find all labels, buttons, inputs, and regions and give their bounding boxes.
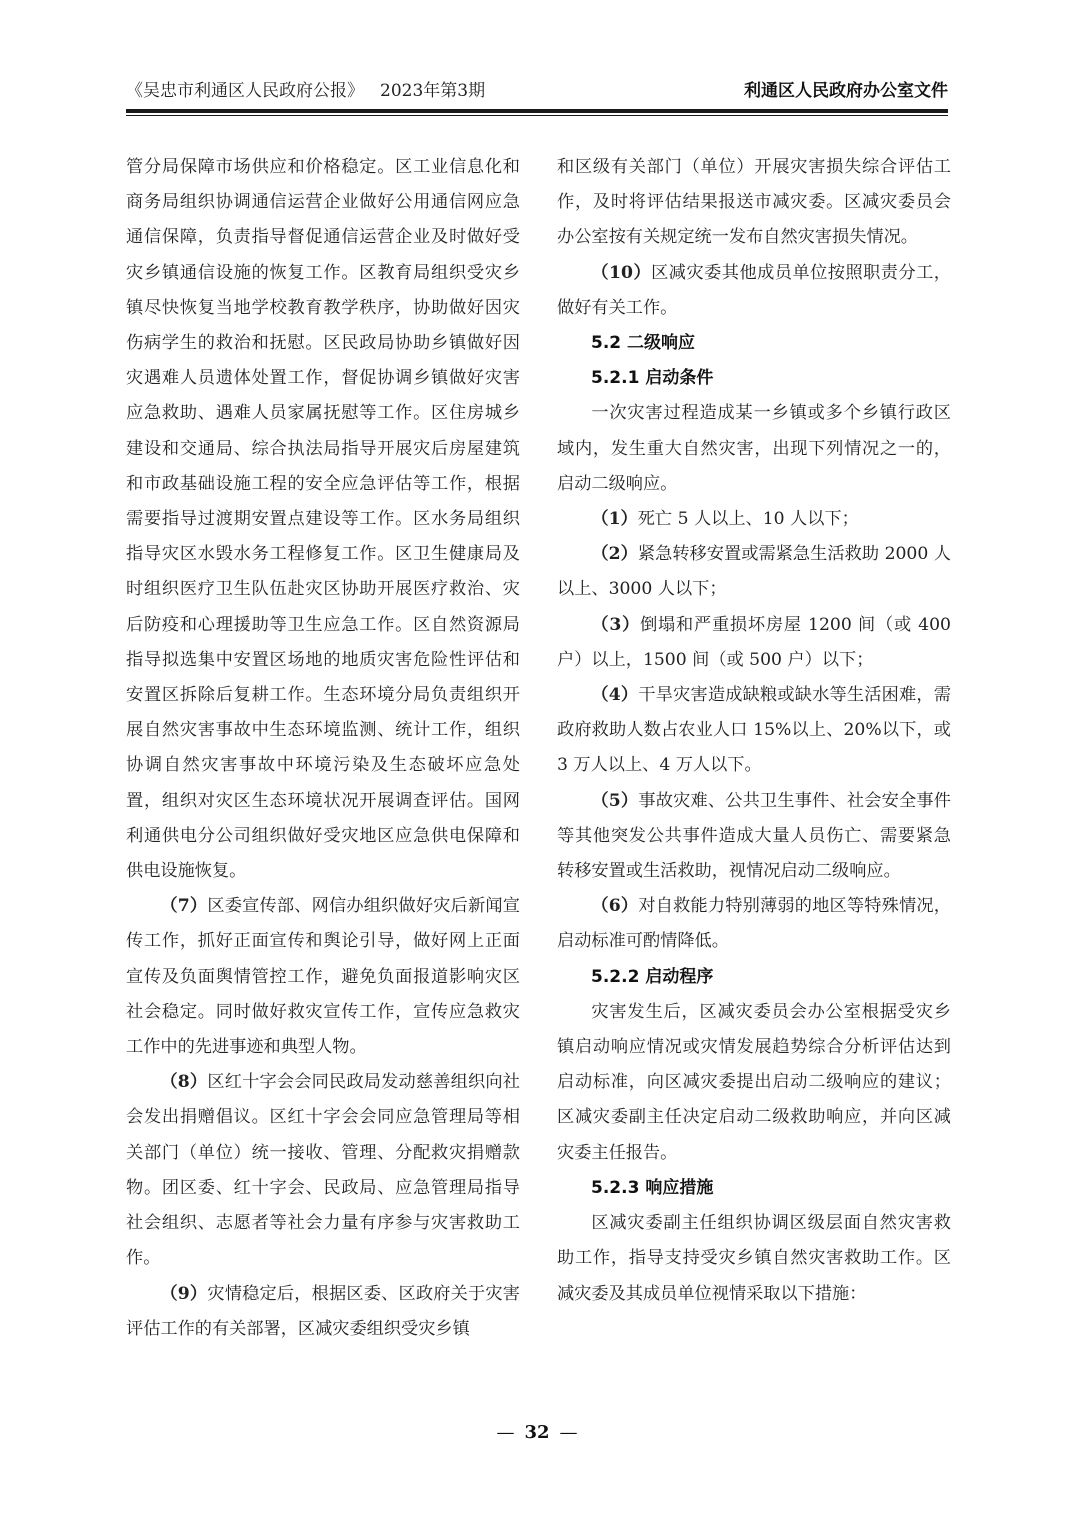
- footer-dash-right: —: [560, 1422, 578, 1443]
- item-number: （10）: [591, 263, 651, 283]
- item-text: 死亡 5 人以上、10 人以下；: [638, 509, 859, 529]
- item-number: （4）: [591, 685, 638, 705]
- item-number: （5）: [591, 791, 638, 811]
- heading-5-2-3: 5.2.3 响应措施: [557, 1171, 951, 1206]
- page-footer: —32—: [0, 1422, 1074, 1443]
- condition-3: （3）倒塌和严重损坏房屋 1200 间（或 400 户）以上，1500 间（或 …: [557, 608, 951, 678]
- left-column: 管分局保障市场供应和价格稳定。区工业信息化和商务局组织协调通信运营企业做好公用通…: [126, 150, 520, 1347]
- page-header: 《吴忠市利通区人民政府公报》2023年第3期 利通区人民政府办公室文件: [126, 76, 948, 100]
- item-text: 区红十字会会同民政局发动慈善组织向社会发出捐赠倡议。区红十字会会同应急管理局等相…: [126, 1072, 520, 1268]
- item-number: （3）: [591, 615, 640, 635]
- header-rule-thin: [126, 115, 948, 116]
- paragraph-continued: 管分局保障市场供应和价格稳定。区工业信息化和商务局组织协调通信运营企业做好公用通…: [126, 150, 520, 889]
- paragraph-continued: 和区级有关部门（单位）开展灾害损失综合评估工作，及时将评估结果报送市减灾委。区减…: [557, 150, 951, 256]
- heading-5-2-1: 5.2.1 启动条件: [557, 361, 951, 396]
- condition-2: （2）紧急转移安置或需紧急生活救助 2000 人以上、3000 人以下；: [557, 537, 951, 607]
- item-number: （9）: [160, 1284, 207, 1304]
- item-text: 区委宣传部、网信办组织做好灾后新闻宣传工作，抓好正面宣传和舆论引导，做好网上正面…: [126, 896, 520, 1057]
- paragraph-item-7: （7）区委宣传部、网信办组织做好灾后新闻宣传工作，抓好正面宣传和舆论引导，做好网…: [126, 889, 520, 1065]
- heading-5-2-2: 5.2.2 启动程序: [557, 960, 951, 995]
- paragraph-item-9: （9）灾情稳定后，根据区委、区政府关于灾害评估工作的有关部署，区减灾委组织受灾乡…: [126, 1277, 520, 1347]
- paragraph-measures: 区减灾委副主任组织协调区级层面自然灾害救助工作，指导支持受灾乡镇自然灾害救助工作…: [557, 1206, 951, 1312]
- item-number: （8）: [160, 1072, 207, 1092]
- page-number: 32: [524, 1422, 549, 1443]
- heading-5-2: 5.2 二级响应: [557, 326, 951, 361]
- condition-1: （1）死亡 5 人以上、10 人以下；: [557, 502, 951, 537]
- condition-5: （5）事故灾难、公共卫生事件、社会安全事件等其他突发公共事件造成大量人员伤亡、需…: [557, 784, 951, 890]
- publication-info: 《吴忠市利通区人民政府公报》2023年第3期: [126, 76, 485, 101]
- right-column: 和区级有关部门（单位）开展灾害损失综合评估工作，及时将评估结果报送市减灾委。区减…: [557, 150, 951, 1312]
- publication-title: 《吴忠市利通区人民政府公报》: [126, 81, 364, 101]
- paragraph-procedure: 灾害发生后，区减灾委员会办公室根据受灾乡镇启动响应情况或灾情发展趋势综合分析评估…: [557, 995, 951, 1171]
- condition-4: （4）干旱灾害造成缺粮或缺水等生活困难，需政府救助人数占农业人口 15%以上、2…: [557, 678, 951, 784]
- item-number: （7）: [160, 896, 207, 916]
- footer-dash-left: —: [496, 1422, 514, 1443]
- paragraph-item-10: （10）区减灾委其他成员单位按照职责分工，做好有关工作。: [557, 256, 951, 326]
- item-number: （2）: [591, 544, 637, 564]
- condition-6: （6）对自救能力特别薄弱的地区等特殊情况，启动标准可酌情降低。: [557, 889, 951, 959]
- paragraph-item-8: （8）区红十字会会同民政局发动慈善组织向社会发出捐赠倡议。区红十字会会同应急管理…: [126, 1065, 520, 1276]
- item-number: （6）: [591, 896, 638, 916]
- section-title: 利通区人民政府办公室文件: [744, 76, 948, 101]
- header-rule-thick: [126, 109, 948, 113]
- paragraph-conditions-intro: 一次灾害过程造成某一乡镇或多个乡镇行政区域内，发生重大自然灾害，出现下列情况之一…: [557, 396, 951, 502]
- issue-number: 2023年第3期: [380, 81, 485, 101]
- item-number: （1）: [591, 509, 637, 529]
